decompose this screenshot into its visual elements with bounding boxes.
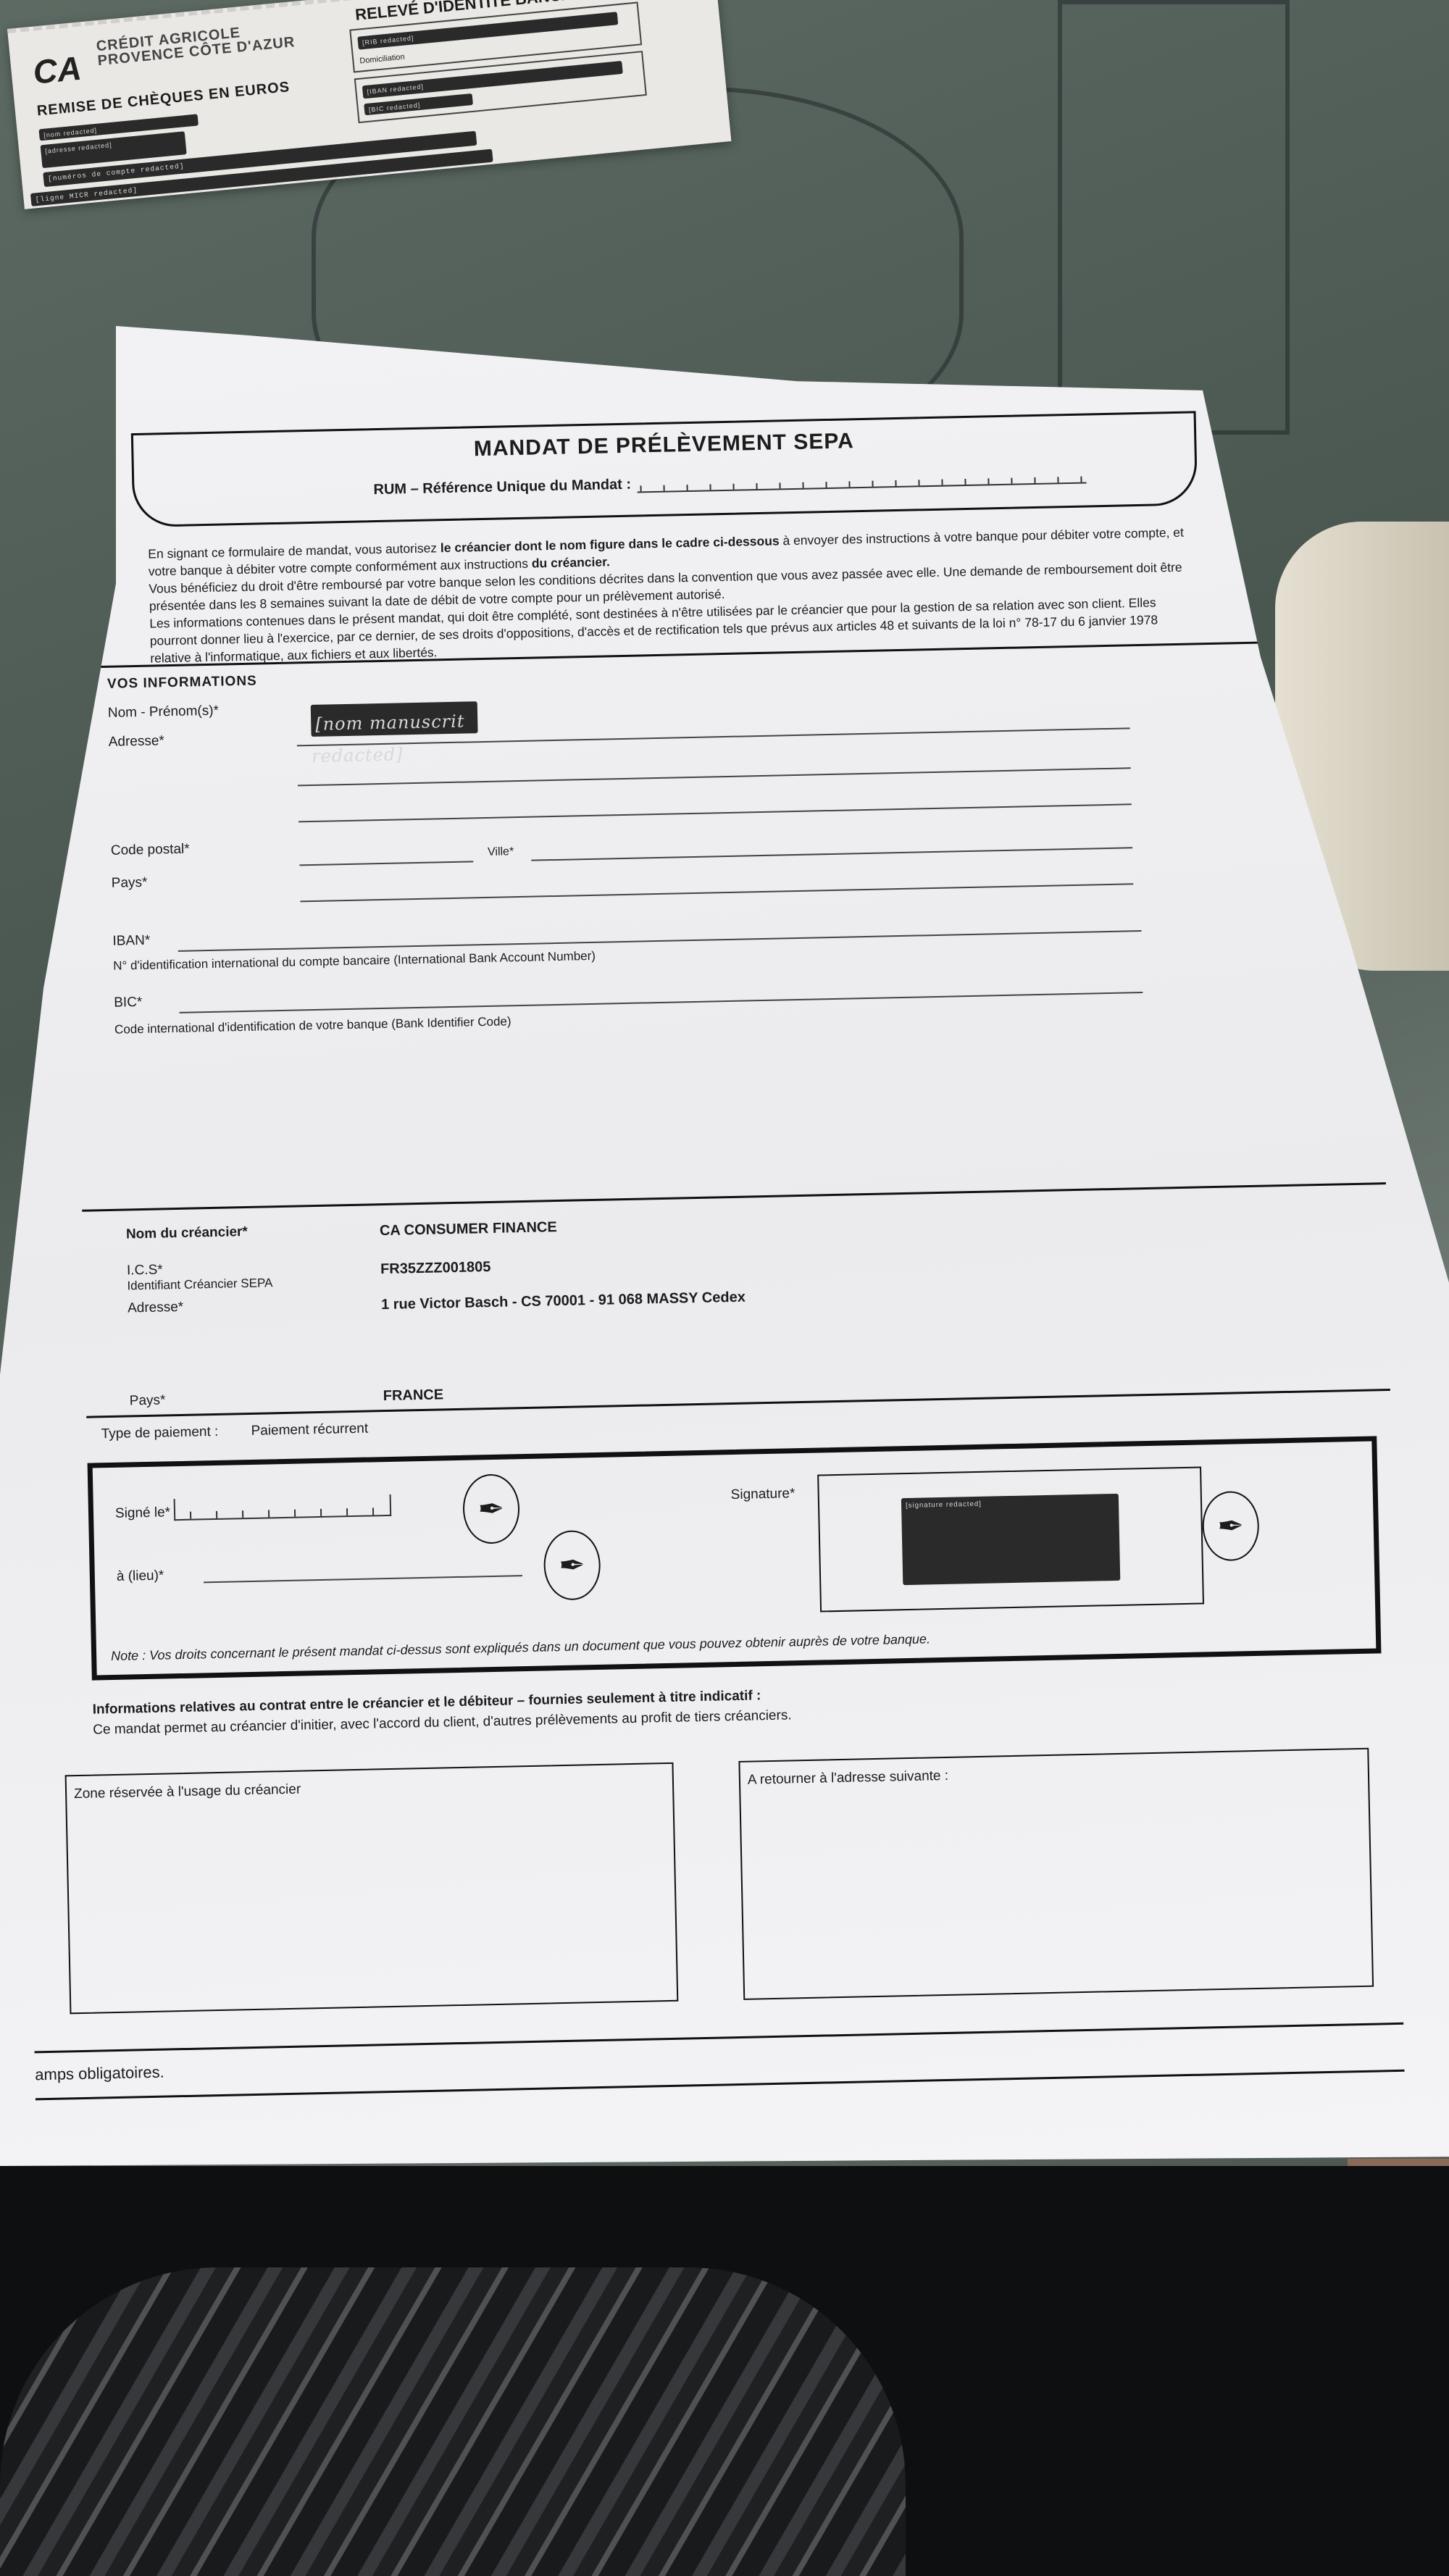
pays-input[interactable] bbox=[300, 883, 1133, 902]
divider bbox=[86, 1389, 1390, 1418]
ville-input[interactable] bbox=[531, 847, 1132, 861]
creancier-adresse-label: Adresse* bbox=[128, 1300, 184, 1317]
bank-logo: CA bbox=[31, 49, 83, 92]
signature-section: Signé le* ✒ à (lieu)* ✒ Signature* ✒ Not… bbox=[88, 1436, 1382, 1680]
signature-field[interactable] bbox=[817, 1466, 1204, 1612]
iban-label: IBAN* bbox=[112, 933, 150, 950]
bic-label: BIC* bbox=[114, 995, 143, 1011]
creditor-reserved-zone: Zone réservée à l'usage du créancier bbox=[65, 1762, 679, 2015]
date-input[interactable] bbox=[174, 1494, 392, 1521]
signature-label: Signature* bbox=[730, 1486, 795, 1503]
pen-stamp-icon: ✒ bbox=[543, 1530, 601, 1601]
creancier-nom-value: CA CONSUMER FINANCE bbox=[380, 1219, 557, 1239]
creancier-pays-value: FRANCE bbox=[383, 1387, 443, 1405]
bank-name: CRÉDIT AGRICOLE PROVENCE CÔTE D'AZUR bbox=[96, 20, 296, 68]
adresse-input-2[interactable] bbox=[298, 803, 1132, 822]
bic-input[interactable] bbox=[180, 992, 1143, 1013]
lieu-input[interactable] bbox=[204, 1575, 522, 1583]
lieu-field: à (lieu)* bbox=[117, 1568, 164, 1585]
mandate-header: MANDAT DE PRÉLÈVEMENT SEPA RUM – Référen… bbox=[131, 411, 1198, 527]
contract-info: Informations relatives au contrat entre … bbox=[92, 1675, 1382, 1738]
glass-table-leg bbox=[1058, 0, 1290, 435]
bic-caption: Code international d'identification de v… bbox=[114, 1014, 511, 1037]
rum-field: RUM – Référence Unique du Mandat : bbox=[373, 467, 1086, 499]
ics-value: FR35ZZZ001805 bbox=[380, 1259, 491, 1278]
creancier-section: Nom du créancier* CA CONSUMER FINANCE I.… bbox=[104, 1196, 1264, 1221]
adresse-input-1[interactable] bbox=[298, 767, 1131, 786]
divider bbox=[36, 2070, 1405, 2101]
iban-input[interactable] bbox=[178, 930, 1142, 952]
type-paiement: Type de paiement : Paiement récurrent bbox=[101, 1421, 369, 1443]
divider bbox=[35, 2023, 1404, 2054]
patterned-fabric bbox=[0, 2267, 906, 2576]
ville-label: Ville* bbox=[488, 845, 514, 859]
mandate-intro: En signant ce formulaire de mandat, vous… bbox=[148, 524, 1186, 667]
pen-stamp-icon: ✒ bbox=[462, 1473, 520, 1544]
creancier-nom-label: Nom du créancier* bbox=[126, 1224, 248, 1243]
nom-handwritten-value bbox=[311, 701, 479, 769]
signature-redacted bbox=[901, 1494, 1120, 1585]
mandate-form: MANDAT DE PRÉLÈVEMENT SEPA RUM – Référen… bbox=[65, 378, 1403, 2035]
signe-le-field: Signé le* bbox=[115, 1494, 392, 1522]
ics-caption: Identifiant Créancier SEPA bbox=[127, 1276, 272, 1293]
pays-label: Pays* bbox=[112, 875, 148, 892]
mandatory-fields-note: amps obligatoires. bbox=[35, 2063, 164, 2085]
pen-stamp-icon: ✒ bbox=[1202, 1491, 1260, 1562]
nom-label: Nom - Prénom(s)* bbox=[108, 703, 220, 722]
creancier-adresse-value: 1 rue Victor Basch - CS 70001 - 91 068 M… bbox=[381, 1289, 746, 1314]
code-postal-input[interactable] bbox=[299, 861, 473, 866]
return-address-zone: A retourner à l'adresse suivante : bbox=[738, 1748, 1374, 2000]
adresse-label: Adresse* bbox=[109, 733, 165, 750]
ics-label: I.C.S* bbox=[127, 1262, 163, 1279]
rights-note: Note : Vos droits concernant le présent … bbox=[111, 1631, 930, 1664]
code-postal-label: Code postal* bbox=[111, 842, 190, 859]
divider bbox=[82, 1182, 1386, 1212]
creancier-pays-label: Pays* bbox=[130, 1392, 166, 1409]
mandate-title: MANDAT DE PRÉLÈVEMENT SEPA bbox=[133, 422, 1194, 469]
sepa-mandate-sheet: MANDAT DE PRÉLÈVEMENT SEPA RUM – Référen… bbox=[0, 326, 1449, 2166]
iban-caption: N° d'identification international du com… bbox=[113, 949, 596, 974]
rum-input[interactable] bbox=[637, 467, 1086, 493]
